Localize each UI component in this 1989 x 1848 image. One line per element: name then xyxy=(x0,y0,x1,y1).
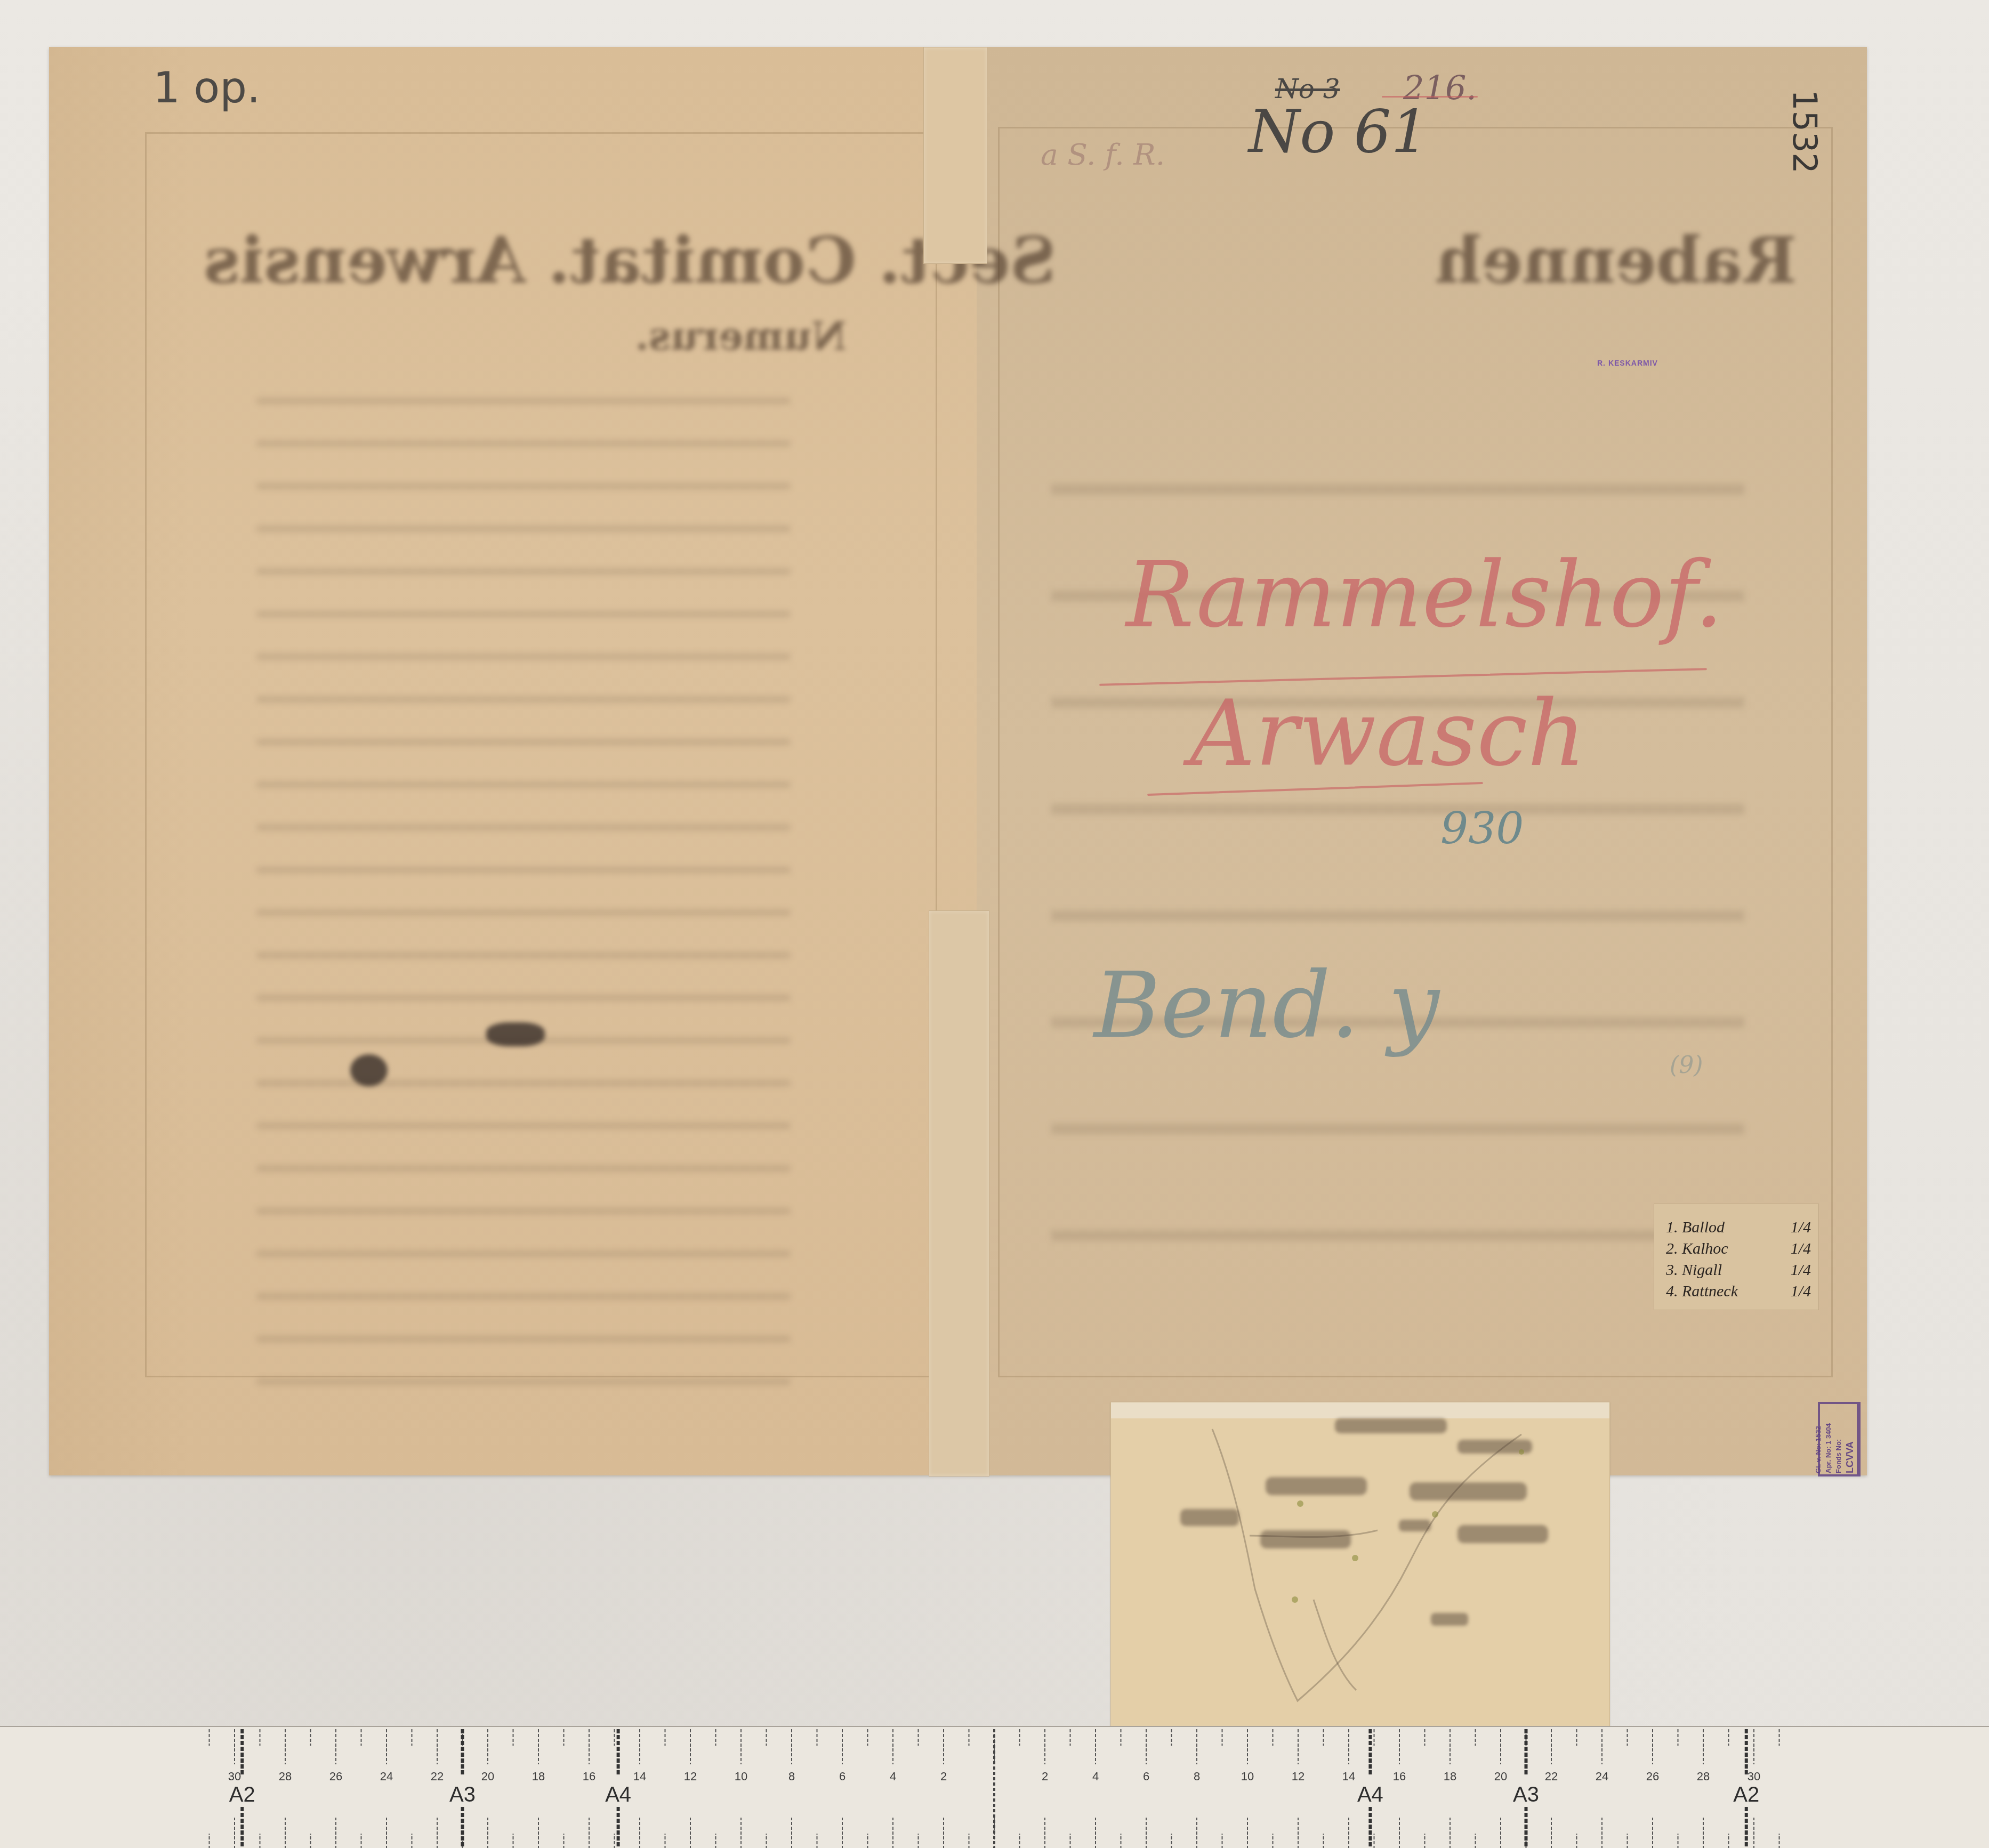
faint-number-right: (9) xyxy=(1670,1052,1703,1079)
svg-text:24: 24 xyxy=(380,1770,393,1783)
svg-text:A3: A3 xyxy=(1513,1783,1539,1806)
left-bleedthrough-text xyxy=(257,377,790,1390)
legend-index: 3. xyxy=(1666,1261,1678,1279)
svg-text:10: 10 xyxy=(1241,1770,1254,1783)
legend-value: 1/4 xyxy=(1791,1238,1811,1260)
faint-pencil-note: a S. f. R. xyxy=(1041,138,1165,172)
svg-text:30: 30 xyxy=(228,1770,241,1783)
legend-row: 3. Nigall 1/4 xyxy=(1666,1260,1811,1281)
legend-index: 4. xyxy=(1666,1282,1678,1300)
svg-text:24: 24 xyxy=(1596,1770,1608,1783)
svg-text:28: 28 xyxy=(1697,1770,1710,1783)
ink-blot xyxy=(486,1022,545,1046)
pasted-map-fragment xyxy=(1110,1402,1610,1728)
svg-text:14: 14 xyxy=(1342,1770,1355,1783)
catalog-number: No 61 xyxy=(1249,98,1428,166)
legend-value: 1/4 xyxy=(1791,1260,1811,1281)
archive-stamp-line3: Gl. v. No: 1532 xyxy=(1813,1404,1823,1474)
pencil-note-bottom: Bend. y xyxy=(1094,953,1439,1059)
svg-text:2: 2 xyxy=(1042,1770,1048,1783)
legend-row: 2. Kalhoc 1/4 xyxy=(1666,1238,1811,1260)
svg-text:22: 22 xyxy=(431,1770,444,1783)
svg-text:26: 26 xyxy=(329,1770,342,1783)
svg-text:16: 16 xyxy=(1393,1770,1406,1783)
svg-text:A2: A2 xyxy=(1733,1783,1759,1806)
svg-text:12: 12 xyxy=(1292,1770,1304,1783)
red-title-line2: Arwasch xyxy=(1190,681,1586,787)
repair-tape-top xyxy=(923,47,987,264)
svg-text:14: 14 xyxy=(633,1770,646,1783)
svg-text:18: 18 xyxy=(1444,1770,1456,1783)
legend-name: Rattneck xyxy=(1682,1282,1738,1300)
ruler-ticks: 3028262422201816141210864224681012141618… xyxy=(0,1727,1989,1848)
archive-stamp-line2: Apr. No: 1 3404 xyxy=(1823,1404,1833,1474)
svg-text:22: 22 xyxy=(1545,1770,1558,1783)
legend-row: 4. Rattneck 1/4 xyxy=(1666,1281,1811,1302)
pencil-number: 930 xyxy=(1440,804,1524,854)
svg-text:20: 20 xyxy=(481,1770,494,1783)
svg-text:26: 26 xyxy=(1646,1770,1659,1783)
reference-number: 216. xyxy=(1403,68,1477,107)
svg-text:18: 18 xyxy=(532,1770,545,1783)
legend-name: Nigall xyxy=(1682,1261,1722,1279)
archive-stamp-line1: Fonds No: xyxy=(1833,1404,1843,1474)
svg-text:28: 28 xyxy=(279,1770,292,1783)
red-title-line1: Rammelshof. xyxy=(1126,543,1724,648)
svg-text:16: 16 xyxy=(583,1770,595,1783)
archive-stamp-title: LCVVA xyxy=(1843,1404,1858,1474)
red-underline xyxy=(1382,96,1478,98)
pencil-note-left: 1 op. xyxy=(153,63,260,112)
legend-value: 1/4 xyxy=(1791,1217,1811,1238)
legend-value: 1/4 xyxy=(1791,1281,1811,1302)
mirrored-heading-right: Rabenneh xyxy=(1435,223,1797,298)
svg-text:8: 8 xyxy=(788,1770,795,1783)
svg-text:A4: A4 xyxy=(1357,1783,1383,1806)
legend-name: Kalhoc xyxy=(1682,1240,1728,1257)
svg-text:12: 12 xyxy=(684,1770,697,1783)
name-stamp: R. KESKARMIV xyxy=(1597,359,1658,367)
svg-text:6: 6 xyxy=(839,1770,845,1783)
document-sheet: 1 op. Sect. Comitat. Arwensis Numerus. N… xyxy=(49,47,1867,1475)
repair-tape-middle xyxy=(929,910,989,1476)
svg-text:4: 4 xyxy=(890,1770,896,1783)
sheet-number-vertical: 1532 xyxy=(1785,90,1824,174)
svg-text:2: 2 xyxy=(940,1770,947,1783)
svg-text:30: 30 xyxy=(1748,1770,1760,1783)
svg-text:6: 6 xyxy=(1143,1770,1149,1783)
map-fragment-drawing xyxy=(1111,1402,1609,1728)
legend-slip: 1. Ballod 1/4 2. Kalhoc 1/4 3. Nigall 1/… xyxy=(1654,1204,1819,1310)
archive-stamp: LCVVA Fonds No: Apr. No: 1 3404 Gl. v. N… xyxy=(1818,1402,1861,1476)
svg-text:A4: A4 xyxy=(605,1783,631,1806)
svg-text:4: 4 xyxy=(1092,1770,1099,1783)
mirrored-subheading-left: Numerus. xyxy=(635,313,847,359)
svg-text:20: 20 xyxy=(1494,1770,1507,1783)
svg-text:10: 10 xyxy=(735,1770,747,1783)
measurement-ruler: 3028262422201816141210864224681012141618… xyxy=(0,1726,1989,1848)
legend-row: 1. Ballod 1/4 xyxy=(1666,1217,1811,1238)
legend-index: 2. xyxy=(1666,1240,1678,1257)
ink-blot xyxy=(350,1054,388,1086)
legend-name: Ballod xyxy=(1682,1218,1725,1236)
svg-text:A3: A3 xyxy=(449,1783,476,1806)
legend-index: 1. xyxy=(1666,1218,1678,1236)
svg-text:A2: A2 xyxy=(229,1783,255,1806)
svg-text:8: 8 xyxy=(1194,1770,1200,1783)
